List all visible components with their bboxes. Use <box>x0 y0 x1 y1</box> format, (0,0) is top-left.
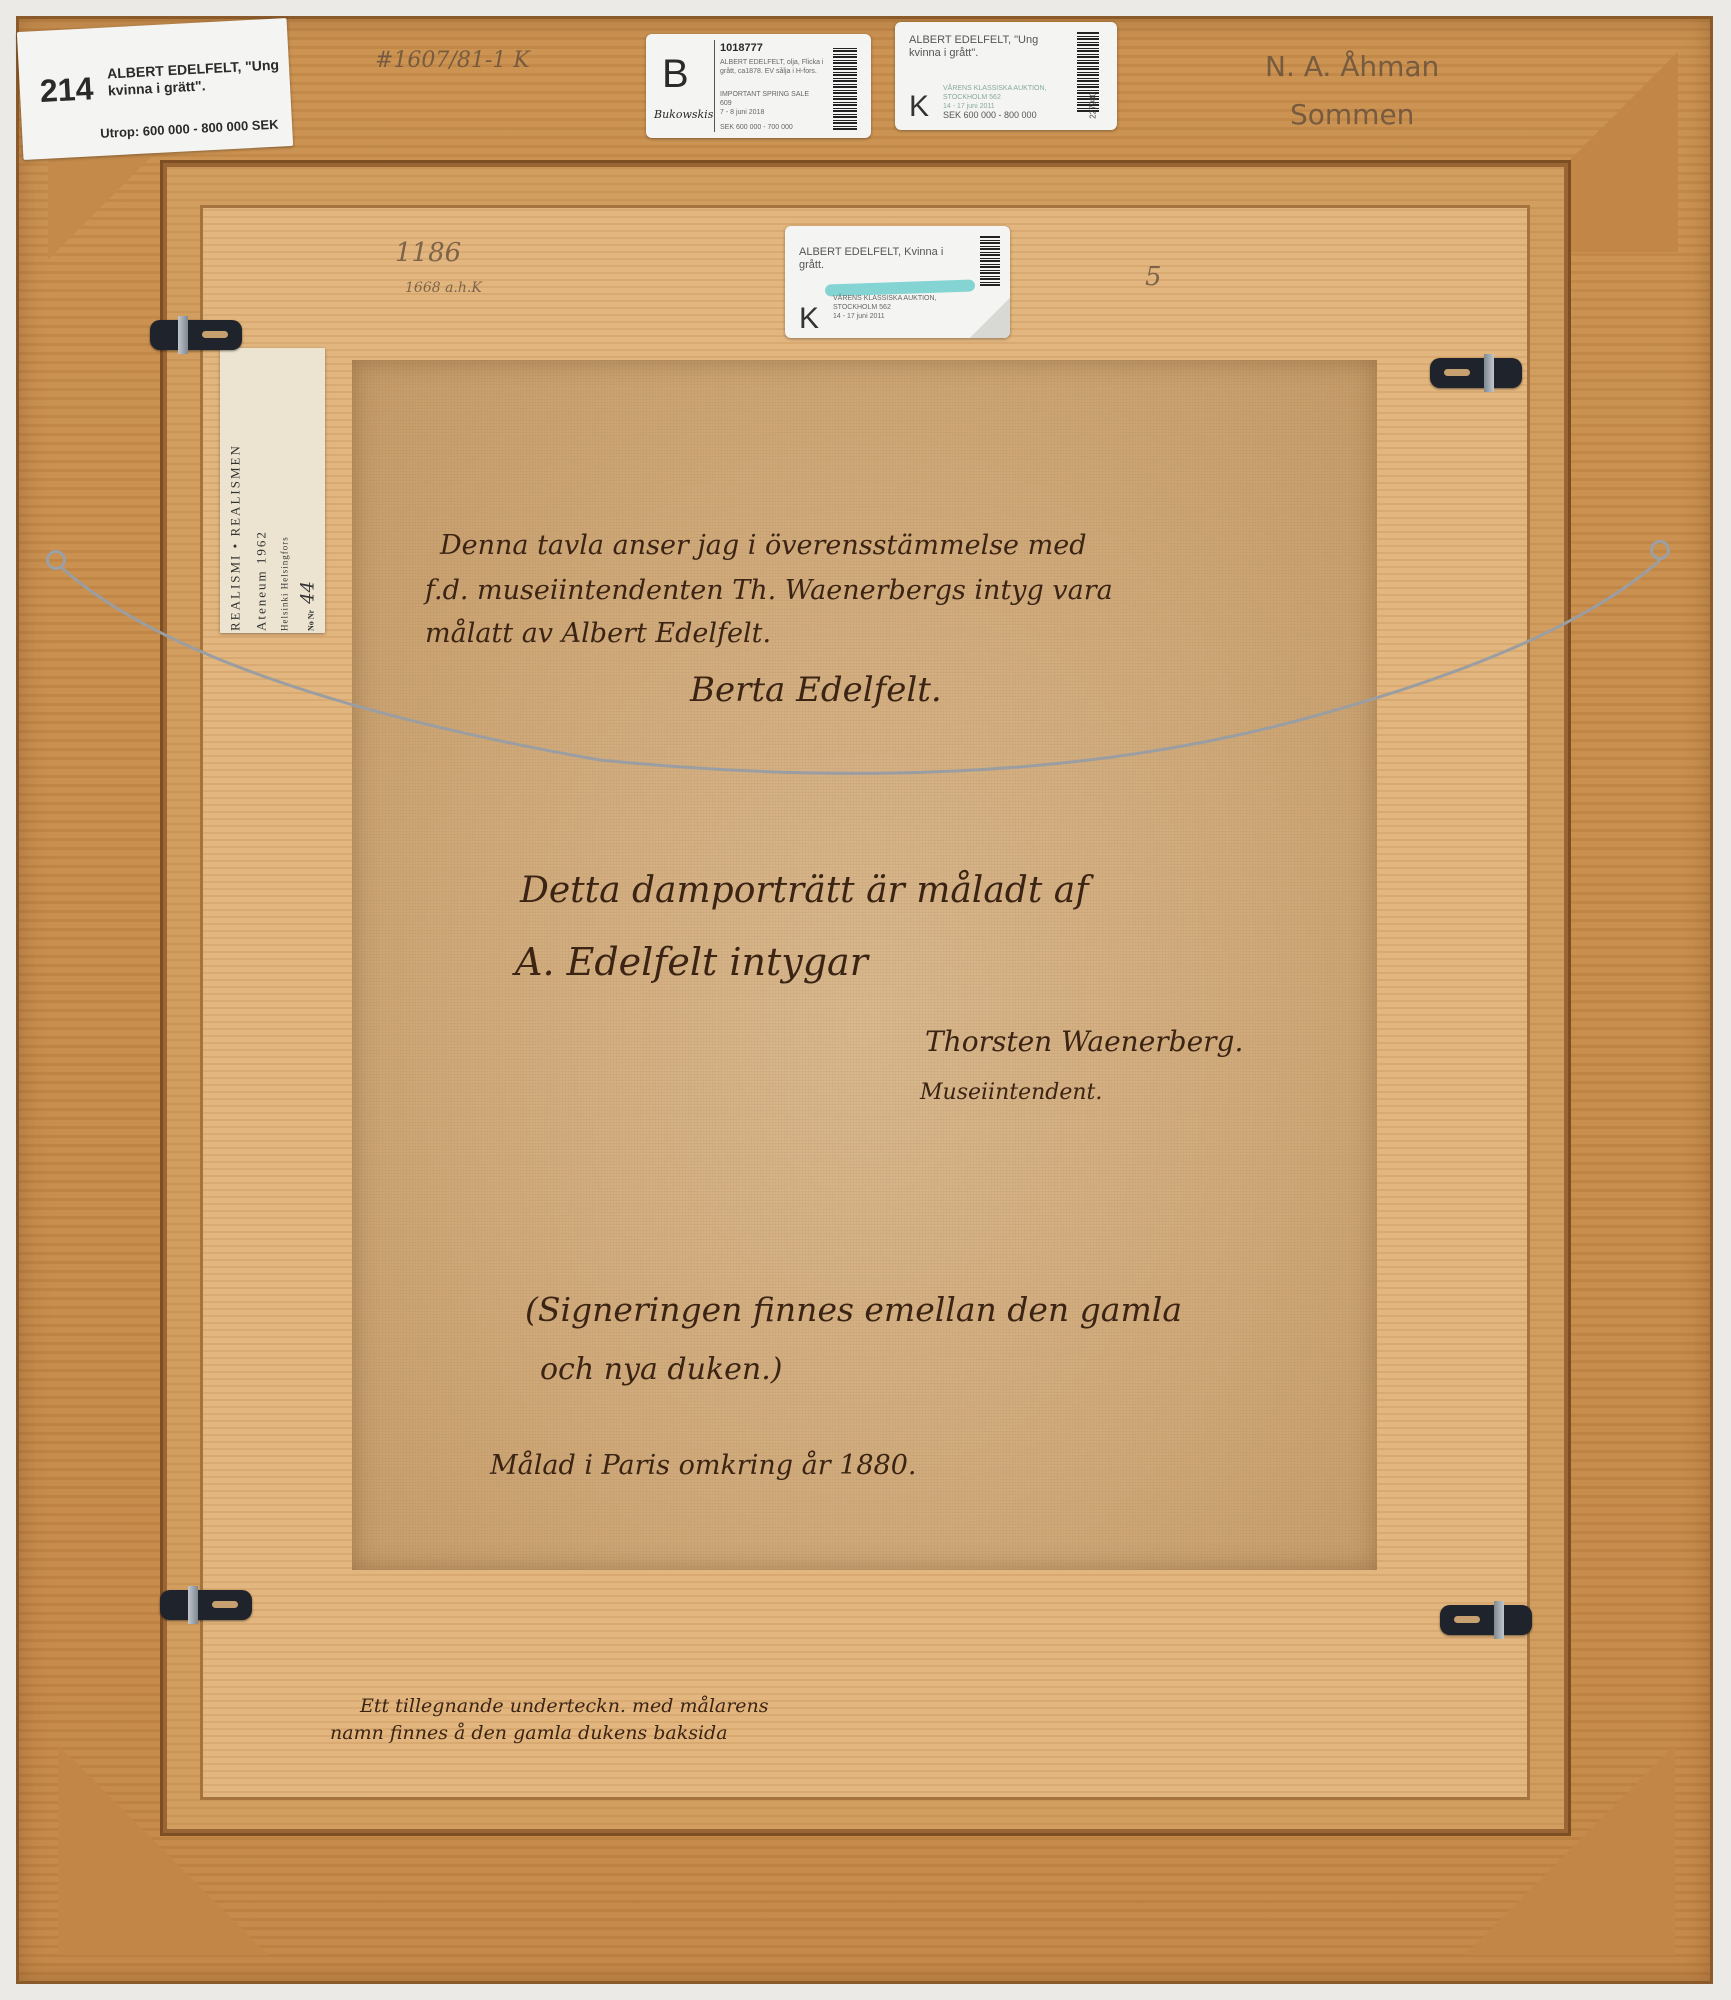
hanging-wire <box>0 0 1731 2000</box>
